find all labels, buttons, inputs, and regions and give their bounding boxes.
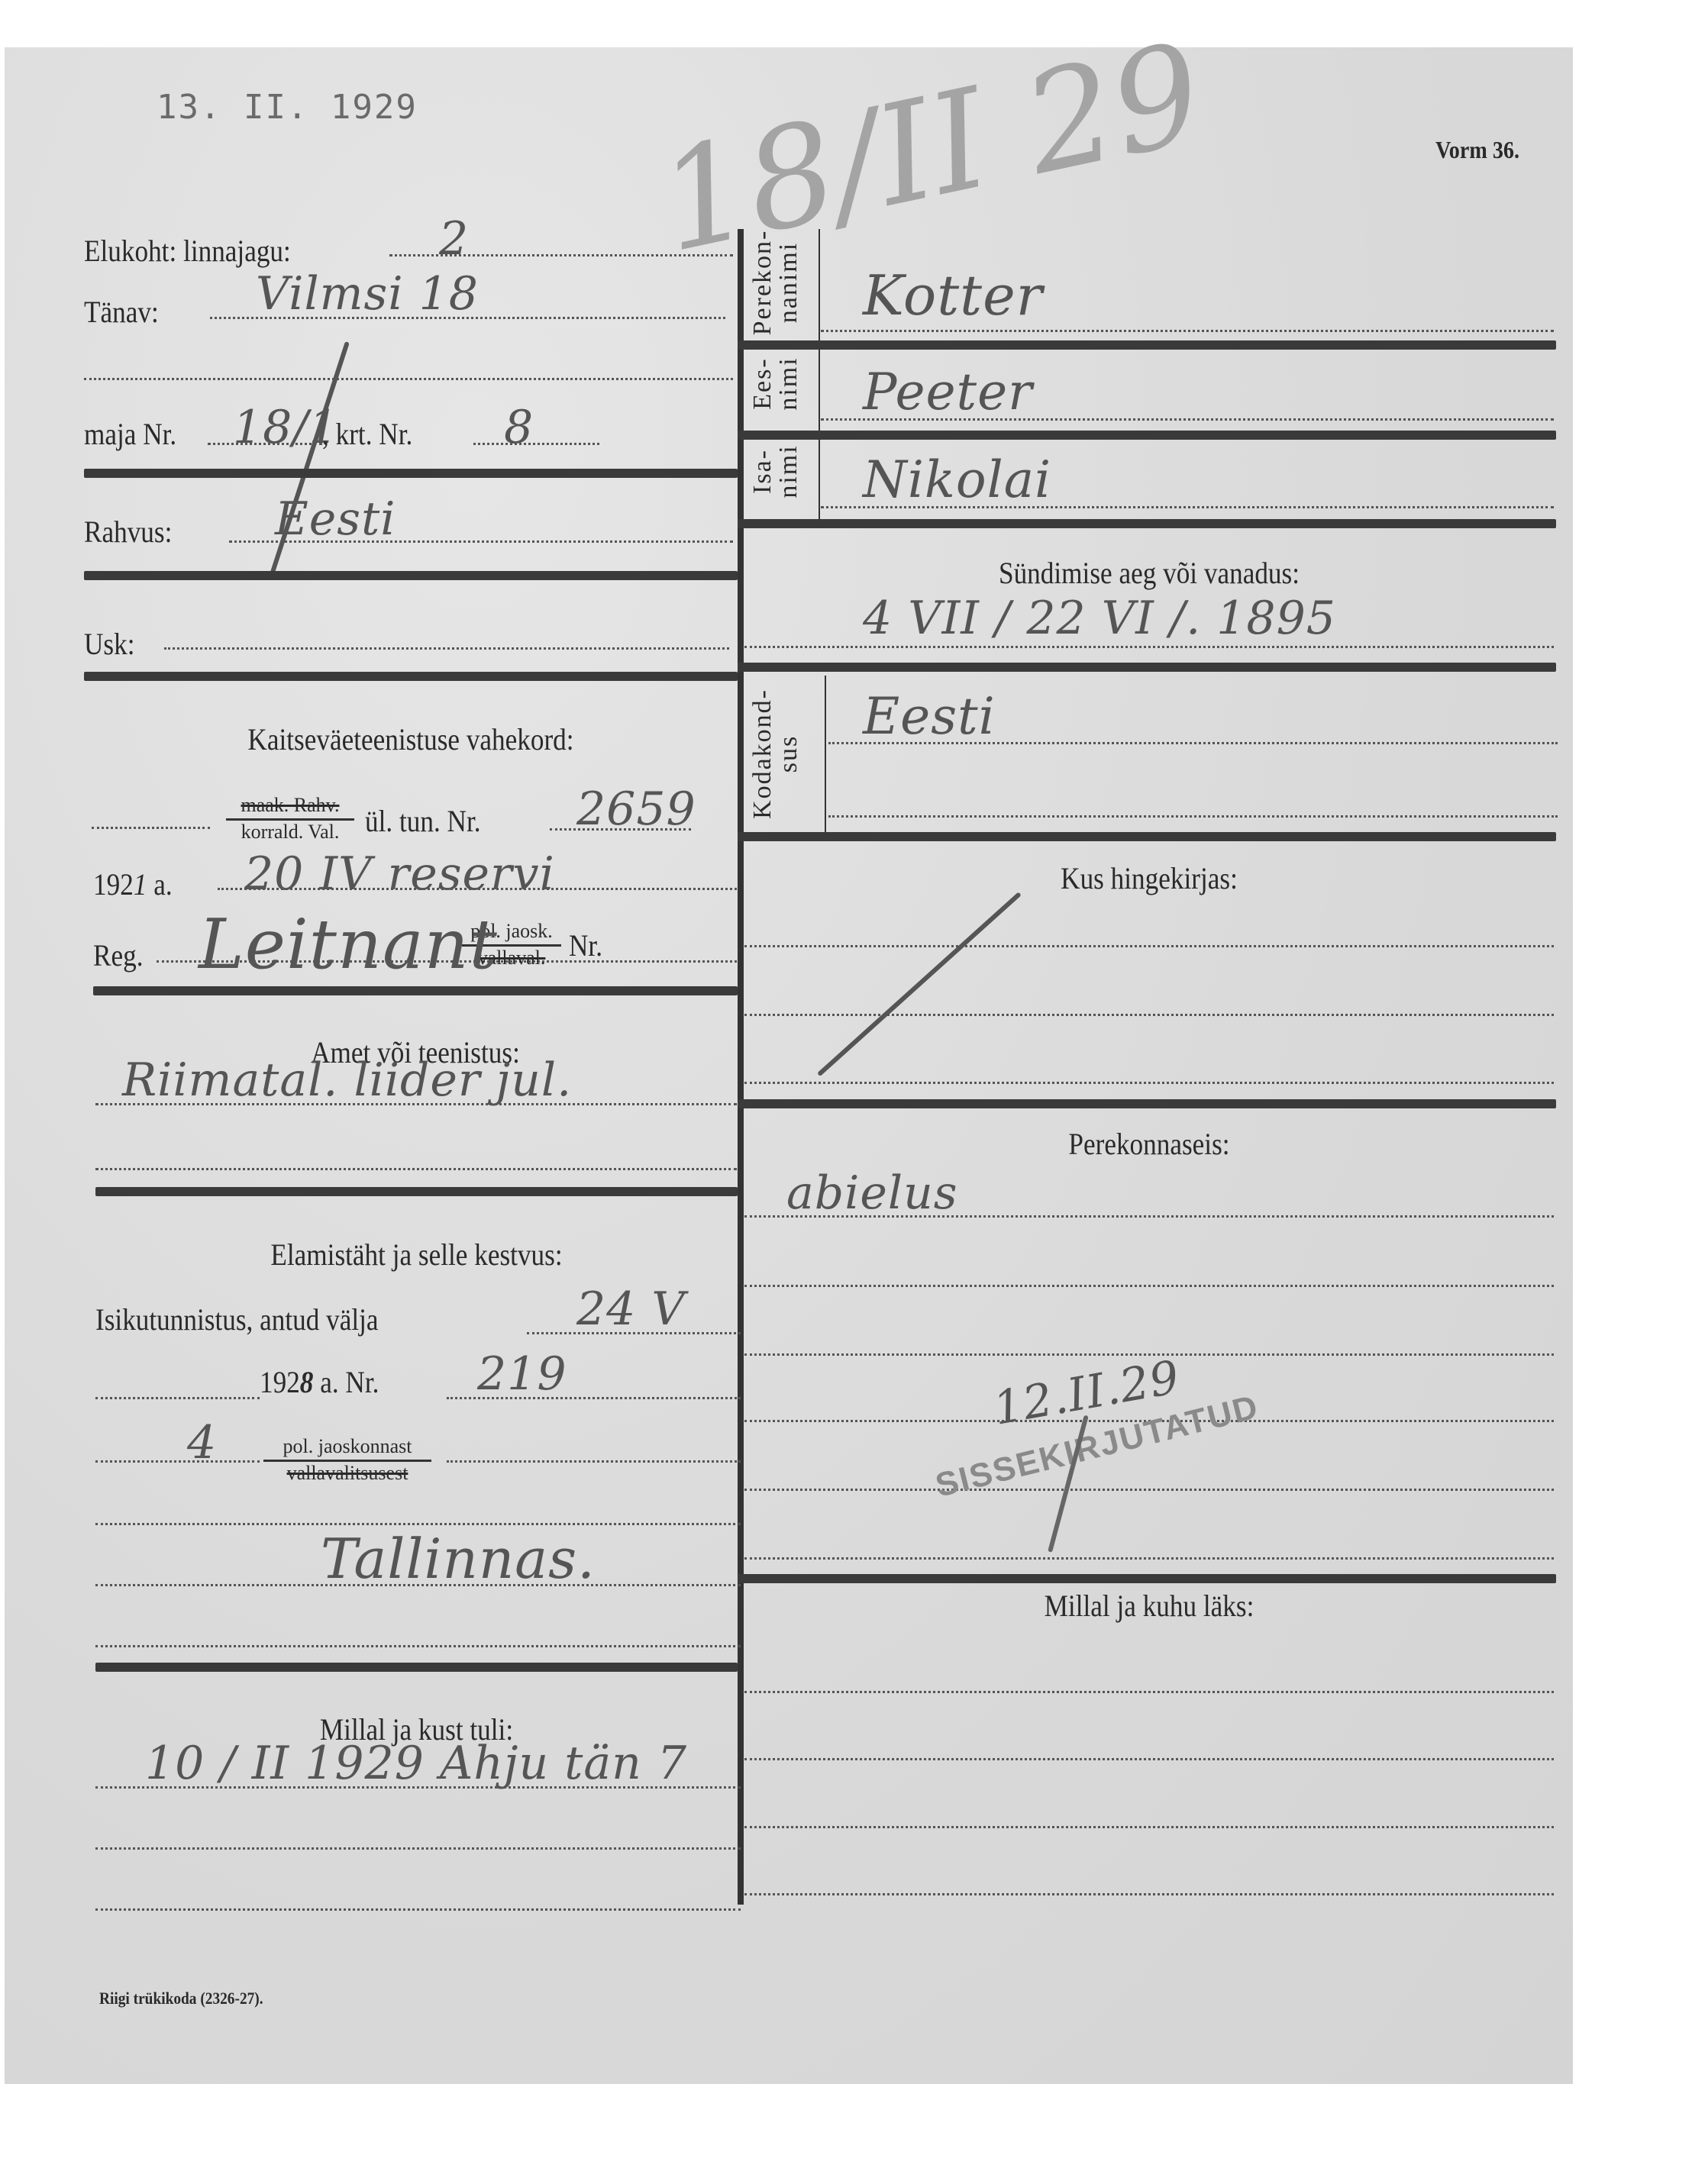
divider bbox=[95, 1663, 738, 1672]
street-label: Tänav: bbox=[84, 294, 159, 330]
precinct-prefix-line[interactable] bbox=[95, 1460, 260, 1463]
census-field-line-2[interactable] bbox=[744, 1014, 1554, 1016]
military-year-value: 20 IV reservi bbox=[244, 847, 555, 901]
reg-label: Reg. bbox=[93, 937, 144, 973]
birth-value: 4 VII / 22 VI /. 1895 bbox=[863, 592, 1336, 645]
id-year-label: 1928 a. Nr. bbox=[260, 1364, 379, 1400]
divider bbox=[738, 1574, 1556, 1583]
apartment-field-line[interactable] bbox=[473, 443, 599, 445]
marital-heading: Perekonnaseis: bbox=[793, 1126, 1506, 1162]
date-stamp: 13. II. 1929 bbox=[157, 88, 418, 127]
apartment-value: 8 bbox=[504, 401, 534, 454]
reg-nr-label: Nr. bbox=[569, 927, 602, 963]
arrival-value: 10 / II 1929 Ahju tän 7 bbox=[145, 1737, 687, 1790]
divider bbox=[84, 672, 738, 681]
census-field-line-1[interactable] bbox=[744, 945, 1554, 947]
surname-value: Kotter bbox=[863, 263, 1043, 327]
divider bbox=[738, 431, 1556, 440]
precinct-suffix-line[interactable] bbox=[447, 1460, 741, 1463]
birth-heading: Sündimise aeg või vanadus: bbox=[793, 555, 1506, 591]
religion-label: Usk: bbox=[84, 626, 135, 662]
place-upper-line[interactable] bbox=[95, 1523, 741, 1525]
printer-imprint: Riigi trükikoda (2326-27). bbox=[99, 1989, 263, 2008]
residence-label: Elukoht: linnajagu: bbox=[84, 233, 291, 269]
fraction-bottom: korrald. Val. bbox=[226, 821, 354, 844]
first-name-label: Ees-nimi bbox=[750, 347, 802, 420]
fraction-top: maak. Rahv. bbox=[226, 794, 354, 821]
surname-label: Perekon-nanimi bbox=[750, 229, 802, 336]
divider bbox=[84, 571, 738, 580]
departure-field-line-4[interactable] bbox=[744, 1893, 1554, 1895]
divider bbox=[738, 663, 1556, 672]
id-issued-label: Isikutunnistus, antud välja bbox=[95, 1302, 379, 1337]
citizenship-label: Kodakond-sus bbox=[750, 687, 802, 821]
place-value: Tallinnas. bbox=[321, 1527, 596, 1591]
departure-field-line-3[interactable] bbox=[744, 1826, 1554, 1828]
divider bbox=[95, 1187, 738, 1196]
arrival-extra-line-2[interactable] bbox=[95, 1908, 741, 1911]
place-extra-line[interactable] bbox=[95, 1645, 741, 1647]
occupation-value: Riimatal. liider jul. bbox=[122, 1053, 572, 1107]
residence-permit-heading: Elamistäht ja selle kestvus: bbox=[134, 1237, 699, 1273]
apartment-label: , krt. Nr. bbox=[322, 416, 412, 452]
nationality-label: Rahvus: bbox=[84, 514, 172, 550]
divider bbox=[738, 340, 1556, 350]
arrival-extra-line-1[interactable] bbox=[95, 1847, 741, 1850]
marital-line-2[interactable] bbox=[744, 1285, 1554, 1287]
marital-value: abielus bbox=[786, 1166, 958, 1220]
census-heading: Kus hingekirjas: bbox=[793, 860, 1506, 896]
place-field-line[interactable] bbox=[95, 1584, 741, 1586]
nationality-value: Eesti bbox=[275, 492, 396, 546]
census-field-line-3[interactable] bbox=[744, 1082, 1554, 1084]
name-label-divider bbox=[819, 229, 820, 519]
citizenship-extra-line[interactable] bbox=[828, 815, 1558, 818]
street-value: Vilmsi 18 bbox=[256, 267, 479, 321]
occupation-extra-line[interactable] bbox=[95, 1168, 737, 1170]
divider bbox=[84, 469, 738, 478]
divider bbox=[738, 832, 1556, 841]
id-date-value: 24 V bbox=[576, 1282, 686, 1336]
id-number-value: 219 bbox=[477, 1347, 567, 1401]
precinct-fraction: pol. jaoskonnast vallavalitsusest bbox=[263, 1435, 431, 1485]
patronymic-value: Nikolai bbox=[863, 450, 1051, 509]
departure-field-line-1[interactable] bbox=[744, 1691, 1554, 1693]
id-prefix-line[interactable] bbox=[95, 1397, 260, 1399]
citizenship-value: Eesti bbox=[863, 687, 996, 746]
form-number: Vorm 36. bbox=[1435, 136, 1519, 164]
divider bbox=[738, 1099, 1556, 1108]
marital-line-6[interactable] bbox=[744, 1557, 1554, 1560]
patronymic-label: Isa-nimi bbox=[750, 435, 802, 508]
citizenship-label-divider bbox=[825, 676, 826, 836]
military-year-label: 1921 a. bbox=[93, 866, 173, 902]
birth-field-line[interactable] bbox=[744, 646, 1554, 648]
reg-value: Leitnant bbox=[199, 905, 498, 985]
military-prefix-line[interactable] bbox=[92, 827, 210, 829]
religion-field-line[interactable] bbox=[164, 647, 729, 650]
military-nr-value: 2659 bbox=[576, 782, 696, 836]
divider bbox=[738, 519, 1556, 528]
marital-line-5[interactable] bbox=[744, 1489, 1554, 1491]
military-nr-label: ül. tun. Nr. bbox=[365, 803, 481, 839]
column-divider bbox=[738, 229, 744, 1905]
street-extra-line[interactable] bbox=[84, 378, 733, 380]
fraction-bottom: vallavalitsusest bbox=[263, 1462, 431, 1485]
first-name-value: Peeter bbox=[863, 363, 1033, 421]
departure-heading: Millal ja kuhu läks: bbox=[793, 1588, 1506, 1624]
military-heading: Kaitseväeteenistuse vahekord: bbox=[123, 721, 698, 757]
divider bbox=[93, 986, 738, 995]
departure-field-line-2[interactable] bbox=[744, 1758, 1554, 1760]
surname-field-line[interactable] bbox=[821, 330, 1554, 332]
residence-value: 2 bbox=[439, 212, 469, 266]
fraction-top: pol. jaoskonnast bbox=[263, 1435, 431, 1462]
military-fraction: maak. Rahv. korrald. Val. bbox=[226, 794, 354, 844]
house-label: maja Nr. bbox=[84, 416, 176, 452]
